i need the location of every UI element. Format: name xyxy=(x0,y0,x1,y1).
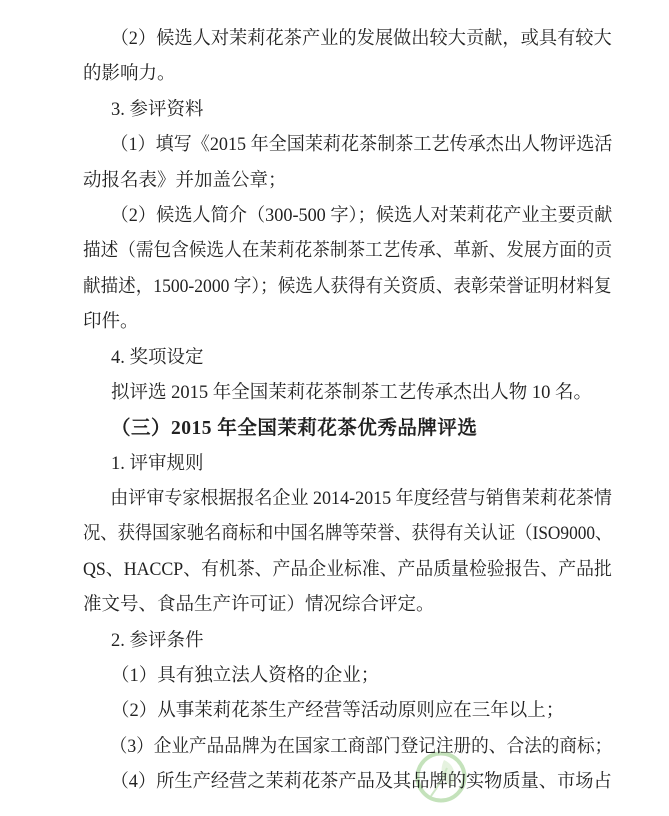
document-body: （2）候选人对茉莉花茶产业的发展做出较大贡献，或具有较大的影响力。3. 参评资料… xyxy=(83,22,612,801)
document-line: 印件。 xyxy=(83,305,612,340)
document-line: 动报名表》并加盖公章； xyxy=(83,164,612,199)
document-page: （2）候选人对茉莉花茶产业的发展做出较大贡献，或具有较大的影响力。3. 参评资料… xyxy=(0,0,669,816)
document-line: （2）从事茉莉花茶生产经营等活动原则应在三年以上； xyxy=(83,694,612,729)
document-line: （三）2015 年全国茉莉花茶优秀品牌评选 xyxy=(83,411,612,446)
document-line: 1. 评审规则 xyxy=(83,447,612,482)
document-line: 拟评选 2015 年全国茉莉花茶制茶工艺传承杰出人物 10 名。 xyxy=(83,376,612,411)
document-line: 准文号、食品生产许可证）情况综合评定。 xyxy=(83,588,612,623)
document-line: 的影响力。 xyxy=(83,57,612,92)
document-line: 3. 参评资料 xyxy=(83,93,612,128)
document-line: （4）所生产经营之茉莉花茶产品及其品牌的实物质量、市场占 xyxy=(83,765,604,800)
document-line: （1）填写《2015 年全国茉莉花茶制茶工艺传承杰出人物评选活 xyxy=(83,128,600,163)
document-line: 况、获得国家驰名商标和中国名牌等荣誉、获得有关认证（ISO9000、 xyxy=(83,517,577,552)
document-line: 由评审专家根据报名企业 2014-2015 年度经营与销售茉莉花茶情 xyxy=(83,482,598,517)
document-line: （3）企业产品品牌为在国家工商部门登记注册的、合法的商标； xyxy=(83,730,587,765)
document-line: 献描述，1500-2000 字）；候选人获得有关资质、表彰荣誉证明材料复 xyxy=(83,270,585,305)
document-line: （1）具有独立法人资格的企业； xyxy=(83,659,612,694)
document-line: （2）候选人对茉莉花茶产业的发展做出较大贡献，或具有较大 xyxy=(83,22,604,57)
document-line: QS、HACCP、有机茶、产品企业标准、产品质量检验报告、产品批 xyxy=(83,553,594,588)
document-line: 2. 参评条件 xyxy=(83,624,612,659)
document-line: 描述（需包含候选人在茉莉花茶制茶工艺传承、革新、发展方面的贡 xyxy=(83,234,587,269)
document-line: 4. 奖项设定 xyxy=(83,341,612,376)
document-line: （2）候选人简介（300-500 字）；候选人对茉莉花产业主要贡献 xyxy=(83,199,603,234)
